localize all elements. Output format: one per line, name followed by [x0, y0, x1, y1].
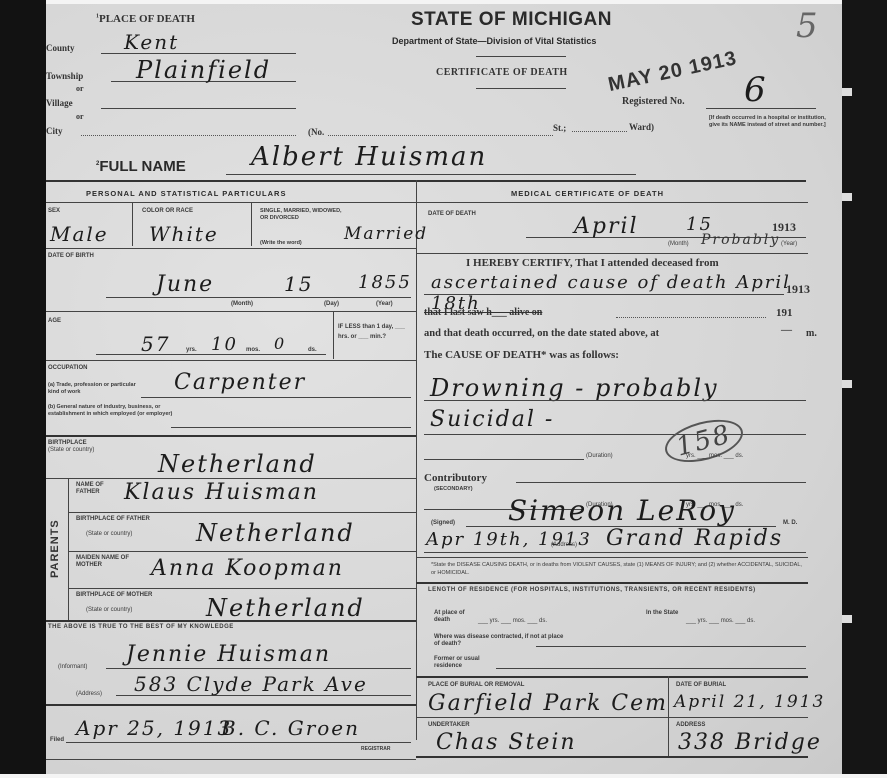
certify-text: I HEREBY CERTIFY, That I attended deceas…	[466, 257, 719, 269]
informant-statement: THE ABOVE IS TRUE TO THE BEST OF MY KNOW…	[48, 624, 234, 631]
parents-label: PARENTS	[49, 519, 61, 578]
last-saw-year: 191	[776, 307, 793, 319]
cause-code-circled: 158	[660, 412, 747, 469]
row-line	[416, 676, 808, 678]
row-line	[416, 202, 808, 203]
age-months: 10	[211, 334, 238, 355]
street-label: St.;	[553, 123, 566, 133]
md-suffix: M. D.	[783, 520, 797, 527]
mother-birthplace-hint: (State or country)	[86, 607, 132, 614]
row-line	[68, 551, 416, 552]
less-than-day-label: IF LESS than 1 day, ___ hrs. or ___ min.…	[338, 322, 410, 342]
cause-of-death-text: The CAUSE OF DEATH* was as follows:	[424, 349, 619, 361]
birthplace-value: Netherland	[158, 450, 317, 478]
year-hint: (Year)	[376, 301, 393, 308]
year-hint: (Year)	[781, 241, 797, 248]
row-line	[416, 253, 808, 254]
street-number-label: (No.	[308, 127, 324, 137]
cell-divider	[333, 311, 334, 359]
burial-date-value: April 21, 1913	[674, 692, 825, 712]
father-birthplace-hint: (State or country)	[86, 531, 132, 538]
signed-label: (Signed)	[431, 520, 455, 527]
row-line	[46, 620, 416, 622]
filed-label: Filed	[50, 737, 64, 744]
street-line	[328, 135, 553, 136]
row-line	[46, 202, 416, 203]
row-line	[46, 704, 416, 706]
title-rule	[476, 56, 566, 57]
dob-month: June	[156, 272, 214, 297]
row-line	[68, 588, 416, 589]
burial-place-label: PLACE OF BURIAL OR REMOVAL	[428, 682, 524, 689]
film-perforation	[842, 380, 852, 388]
age-days: 0	[274, 334, 286, 353]
birthplace-hint: (State or country)	[48, 447, 94, 454]
father-birthplace-label: BIRTHPLACE OF FATHER	[76, 516, 156, 523]
age-years: 57	[141, 332, 170, 356]
full-name-value: Albert Huisman	[251, 142, 487, 172]
row-line	[416, 756, 808, 758]
row-line	[46, 435, 416, 437]
department-subtitle: Department of State—Division of Vital St…	[392, 36, 596, 46]
mother-birthplace-value: Netherland	[206, 594, 365, 622]
registrar-signature: B. C. Groen	[221, 716, 360, 740]
disease-contracted-line	[536, 646, 806, 647]
physician-address: Grand Rapids	[606, 526, 783, 551]
personal-section-title: PERSONAL AND STATISTICAL PARTICULARS	[86, 189, 286, 198]
registrar-label: REGISTRAR	[361, 746, 390, 753]
father-birthplace-value: Netherland	[196, 519, 355, 547]
cell-divider	[132, 202, 133, 246]
occupation-industry-label: (b) General nature of industry, business…	[48, 404, 173, 418]
date-address-line	[424, 552, 806, 553]
former-residence-line	[496, 668, 806, 669]
scan-border-bottom	[0, 774, 887, 778]
film-perforation	[842, 615, 852, 623]
date-of-death-month: April	[574, 214, 639, 239]
cause-of-death-line2: Suicidal -	[430, 407, 554, 432]
cell-divider	[251, 202, 252, 246]
at-place-units: ___ yrs. ___ mos. ___ ds.	[478, 618, 547, 625]
county-value: Kent	[124, 30, 179, 54]
state-title: STATE OF MICHIGAN	[411, 9, 612, 31]
mother-name-value: Anna Koopman	[151, 556, 344, 581]
month-hint: (Month)	[668, 241, 689, 248]
informant-line	[106, 668, 411, 669]
duration-units: yrs. ___ mos. ___ ds.	[686, 453, 743, 460]
marital-status-value: Married	[344, 224, 428, 244]
village-label: Village	[46, 98, 73, 108]
row-line	[416, 557, 808, 558]
occupation-trade-label: (a) Trade, profession or particular kind…	[48, 382, 143, 396]
marital-status-label: SINGLE, MARRIED, WIDOWED, OR DIVORCED	[260, 208, 350, 222]
place-of-death-heading: 1PLACE OF DEATH	[96, 13, 195, 25]
color-race-value: White	[149, 222, 219, 246]
mother-name-label: MAIDEN NAME OF MOTHER	[76, 555, 156, 569]
sex-value: Male	[50, 222, 109, 246]
filed-line	[66, 742, 411, 743]
section-divider	[46, 180, 806, 182]
age-months-unit: mos.	[246, 347, 260, 354]
hospital-note: [If death occurred in a hospital or inst…	[709, 115, 829, 129]
cell-divider	[668, 676, 669, 756]
row-line	[46, 478, 416, 479]
father-name-value: Klaus Huisman	[124, 480, 319, 505]
row-line	[416, 717, 808, 718]
cause-footnote: *State the DISEASE CAUSING DEATH, or in …	[431, 561, 806, 577]
informant-address-label: (Address)	[76, 691, 102, 698]
column-divider	[416, 180, 417, 740]
scan-border-left	[0, 0, 46, 778]
row-line	[46, 360, 416, 361]
in-state-label: In the State	[646, 610, 686, 617]
row-line	[46, 311, 416, 312]
undertaker-label: UNDERTAKER	[428, 722, 470, 729]
row-line	[416, 582, 808, 584]
ward-line	[572, 131, 627, 132]
former-residence-label: Former or usual residence	[434, 656, 494, 670]
certify-year: 1913	[786, 282, 810, 297]
physician-signature: Simeon LeRoy	[508, 494, 736, 527]
contributory-label: Contributory	[424, 472, 487, 484]
dob-day: 15	[284, 272, 313, 296]
undertaker-address-label: ADDRESS	[676, 722, 705, 729]
city-label: City	[46, 126, 63, 136]
or-label: or	[76, 84, 84, 93]
probably-annotation: Probably	[701, 232, 780, 248]
informant-address-value: 583 Clyde Park Ave	[134, 672, 368, 696]
received-date-stamp: MAY 20 1913	[606, 47, 739, 97]
full-name-line	[226, 174, 636, 175]
parents-divider	[68, 478, 69, 620]
birthplace-label: BIRTHPLACE	[48, 440, 87, 447]
last-saw-text: that I last saw h___ alive on	[424, 307, 542, 318]
marital-status-hint: (Write the word)	[260, 240, 302, 247]
month-hint: (Month)	[231, 301, 253, 308]
occupation-label: OCCUPATION	[48, 365, 87, 372]
certificate-title: CERTIFICATE OF DEATH	[436, 67, 568, 78]
father-name-label: NAME OF FATHER	[76, 482, 126, 496]
age-years-unit: yrs.	[186, 347, 197, 354]
section-label: PLACE OF DEATH	[99, 13, 195, 25]
color-race-label: COLOR OR RACE	[142, 208, 193, 215]
dob-line	[106, 297, 411, 298]
death-occurred-text: and that death occurred, on the date sta…	[424, 328, 659, 339]
title-rule	[476, 88, 566, 89]
township-value: Plainfield	[136, 56, 271, 84]
label-text: FULL NAME	[99, 158, 185, 175]
industry-line	[171, 427, 411, 428]
duration-line	[424, 459, 584, 460]
dob-year: 1855	[358, 272, 412, 293]
death-occurred-time: —	[781, 324, 792, 336]
registered-number-value: 6	[744, 70, 768, 110]
informant-label: (Informant)	[58, 664, 87, 671]
undertaker-address-value: 338 Bridge	[678, 730, 822, 755]
cause-of-death-line1: Drowning - probably	[430, 374, 719, 402]
city-line	[81, 135, 296, 136]
row-line	[46, 759, 416, 760]
last-saw-line	[616, 317, 766, 318]
corner-mark: 5	[796, 6, 820, 46]
cause-line	[424, 400, 806, 401]
township-label: Township	[46, 71, 83, 81]
contributory-line	[516, 482, 806, 483]
row-line	[68, 512, 416, 513]
cause-line	[424, 434, 806, 435]
occupation-line	[141, 397, 411, 398]
certify-line	[424, 294, 784, 295]
burial-place-value: Garfield Park Cem	[428, 691, 668, 716]
death-occurred-unit: m.	[806, 328, 817, 339]
burial-date-label: DATE OF BURIAL	[676, 682, 726, 689]
or-label: or	[76, 112, 84, 121]
informant-value: Jennie Huisman	[126, 642, 331, 667]
full-name-label: 2FULL NAME	[96, 158, 186, 175]
registered-number-label: Registered No.	[622, 96, 685, 107]
film-perforation	[842, 193, 852, 201]
medical-section-title: MEDICAL CERTIFICATE OF DEATH	[511, 189, 664, 198]
sex-label: SEX	[48, 208, 60, 215]
filed-date: Apr 25, 1913	[76, 716, 232, 740]
scan-border-right	[842, 0, 887, 778]
mother-birthplace-label: BIRTHPLACE OF MOTHER	[76, 592, 156, 599]
row-line	[46, 248, 416, 249]
county-label: County	[46, 43, 75, 53]
date-of-birth-label: DATE OF BIRTH	[48, 253, 94, 260]
film-perforation	[842, 88, 852, 96]
day-hint: (Day)	[324, 301, 339, 308]
physician-address-label: (Address)	[551, 542, 577, 549]
village-line	[101, 108, 296, 109]
duration-label: (Duration)	[586, 453, 613, 460]
date-of-death-label: DATE OF DEATH	[428, 211, 476, 218]
occupation-value: Carpenter	[174, 370, 306, 395]
residence-title: LENGTH OF RESIDENCE (FOR HOSPITALS, INST…	[428, 587, 803, 594]
in-state-units: ___ yrs. ___ mos. ___ ds.	[686, 618, 755, 625]
at-place-of-death-label: At place of death	[434, 610, 474, 624]
death-certificate: 1PLACE OF DEATH County Kent Township Pla…	[46, 4, 842, 774]
ward-label: Ward)	[629, 122, 654, 132]
secondary-label: (SECONDARY)	[434, 486, 473, 493]
undertaker-value: Chas Stein	[436, 730, 577, 755]
age-label: AGE	[48, 318, 61, 325]
age-days-unit: ds.	[308, 347, 317, 354]
